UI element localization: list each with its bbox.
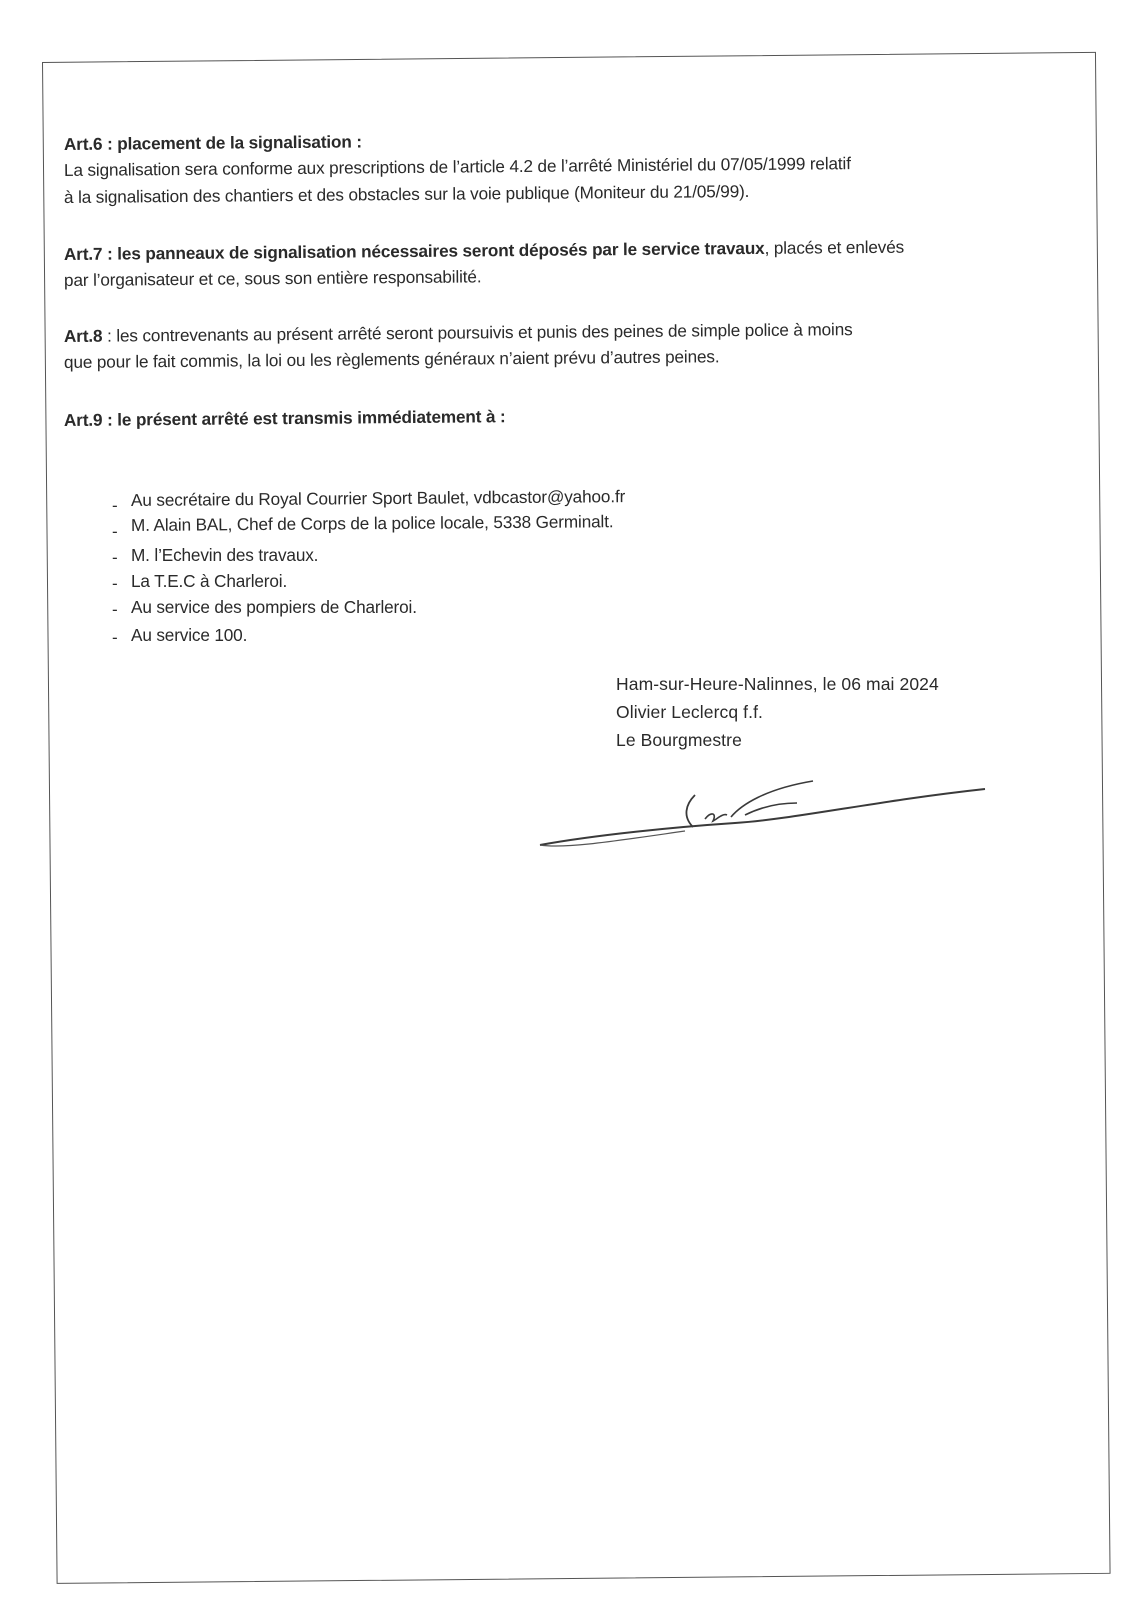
article-7-label: Art.7 bbox=[64, 244, 103, 264]
article-8-line-2: que pour le fait commis, la loi ou les r… bbox=[64, 346, 720, 373]
place-and-date: Ham-sur-Heure-Nalinnes, le 06 mai 2024 bbox=[616, 674, 939, 695]
article-7-rest-text: , placés et enlevés bbox=[764, 237, 904, 258]
article-7-line-1: Art.7 : les panneaux de signalisation né… bbox=[64, 237, 904, 265]
recipient-text: M. l’Echevin des travaux. bbox=[131, 545, 318, 566]
article-6-text-line-1: La signalisation sera conforme aux presc… bbox=[64, 153, 851, 181]
handwritten-signature-icon bbox=[535, 775, 995, 855]
bullet-dash: - bbox=[112, 600, 118, 620]
bullet-dash: - bbox=[112, 522, 118, 542]
article-7-bold-text: : les panneaux de signalisation nécessai… bbox=[102, 238, 764, 264]
recipient-text: La T.E.C à Charleroi. bbox=[131, 571, 287, 592]
recipient-text: Au service des pompiers de Charleroi. bbox=[131, 597, 417, 618]
article-9-heading: Art.9 : le présent arrêté est transmis i… bbox=[64, 406, 506, 431]
article-8-label: Art.8 bbox=[64, 326, 103, 346]
article-6-title: : placement de la signalisation : bbox=[102, 131, 362, 153]
recipient-text: Au service 100. bbox=[131, 625, 247, 646]
bullet-dash: - bbox=[112, 574, 118, 594]
article-9-label: Art.9 bbox=[64, 410, 103, 430]
article-8-line-1: Art.8 : les contrevenants au présent arr… bbox=[64, 319, 853, 347]
bullet-dash: - bbox=[112, 548, 118, 568]
article-6-label: Art.6 bbox=[64, 134, 103, 154]
signatory-name: Olivier Leclercq f.f. bbox=[616, 702, 763, 723]
recipient-text: M. Alain BAL, Chef de Corps de la police… bbox=[131, 511, 614, 536]
article-9-title: : le présent arrêté est transmis immédia… bbox=[102, 406, 505, 430]
article-7-line-2: par l’organisateur et ce, sous son entiè… bbox=[64, 266, 482, 291]
document-page: Art.6 : placement de la signalisation : … bbox=[0, 0, 1131, 1600]
article-8-text: : les contrevenants au présent arrêté se… bbox=[102, 319, 852, 346]
bullet-dash: - bbox=[112, 628, 118, 648]
recipient-text: Au secrétaire du Royal Courrier Sport Ba… bbox=[131, 486, 625, 511]
article-6-text-line-2: à la signalisation des chantiers et des … bbox=[64, 181, 749, 208]
article-6-heading: Art.6 : placement de la signalisation : bbox=[64, 131, 362, 155]
bullet-dash: - bbox=[112, 496, 118, 516]
signatory-title: Le Bourgmestre bbox=[616, 730, 742, 751]
